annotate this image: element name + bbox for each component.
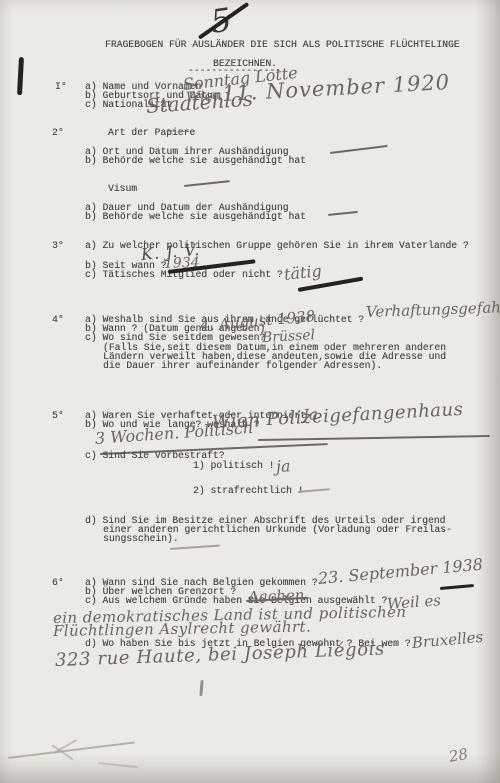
question-5c1-label: 1) politisch ! xyxy=(193,461,274,471)
dash-mark-visum-b xyxy=(328,211,358,216)
question-4-number: 4° xyxy=(52,315,64,325)
faint-curve-under-5d xyxy=(170,545,220,550)
answer-active-member-handwriting: tätig xyxy=(283,261,323,284)
answer-city-handwriting: Bruxelles xyxy=(411,628,484,652)
answer-where-since-handwriting: Brüssel xyxy=(262,327,316,346)
question-3-number: 3° xyxy=(52,241,64,251)
question-4-note-line3: die Dauer ihrer aufeinander folgender Ad… xyxy=(103,361,382,371)
arrival-date-underline-stroke xyxy=(440,584,474,590)
question-2-number: 2° xyxy=(52,128,64,138)
bottom-left-faint-scribble-3 xyxy=(98,762,138,768)
dash-mark-visum xyxy=(184,180,230,187)
question-2b2-label: b) Behörde welche sie ausgehändigt hat xyxy=(85,212,306,222)
pen-tail-stroke xyxy=(199,680,203,696)
form-title-line1: FRAGEBOGEN FÜR AUSLÄNDER DIE SICH ALS PO… xyxy=(105,40,460,50)
margin-pen-stroke xyxy=(17,57,24,95)
answer-political-yes-handwriting: ja xyxy=(276,456,291,476)
question-1-number: I° xyxy=(55,82,67,92)
question-5d-line3: sungsschein). xyxy=(103,534,179,544)
question-2b1-label: b) Behörde welche sie ausgehändigt hat xyxy=(85,156,306,166)
scanned-questionnaire-page: 5 FRAGEBOGEN FÜR AUSLÄNDER DIE SICH ALS … xyxy=(0,0,500,783)
question-5c2-label: 2) strafrechtlich ! xyxy=(193,486,303,496)
question-2-visum-heading: Visum xyxy=(108,184,137,194)
question-5-number: 5° xyxy=(52,411,64,421)
answer-border-town-handwriting: Aachen xyxy=(248,586,305,606)
prison-underline-stroke xyxy=(258,435,490,441)
answer-reason-line3-handwriting: Flüchtlingen Asylrecht gewährt. xyxy=(53,617,311,640)
dash-mark-papers xyxy=(330,145,388,154)
answer-arrival-date-handwriting: 23. September 1938 xyxy=(317,555,483,588)
question-6-number: 6° xyxy=(52,578,64,588)
answer-flight-reason-handwriting: Verhaftungsgefahr xyxy=(366,298,500,321)
page-number-pencil: 28 xyxy=(447,745,469,766)
handwritten-arrow-mark: ←— xyxy=(166,124,190,139)
